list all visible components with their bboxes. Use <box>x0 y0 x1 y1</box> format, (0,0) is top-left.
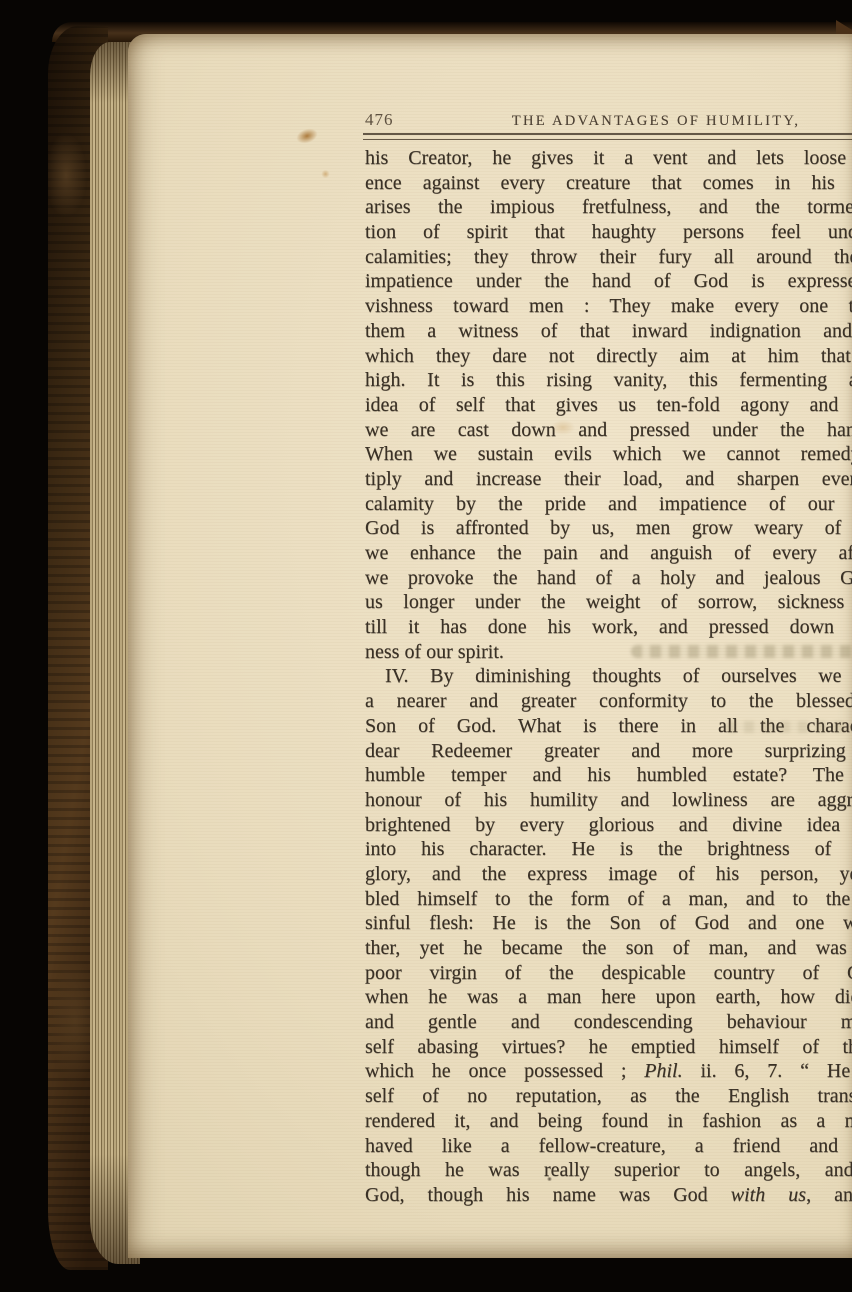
paper-stain <box>294 126 319 146</box>
page-number: 476 <box>365 110 455 130</box>
text-line: and gentle and condescending behaviour m… <box>365 1010 852 1035</box>
text-line: ence against every creature that comes i… <box>365 171 852 196</box>
text-line: rendered it, and being found in fashion … <box>365 1109 852 1134</box>
text-line: When we sustain evils which we cannot re… <box>365 442 852 467</box>
text-line: vishness toward men : They make every on… <box>365 294 852 319</box>
text-line: sinful flesh: He is the Son of God and o… <box>365 911 852 936</box>
page-header: 476 THE ADVANTAGES OF HUMILITY, [SECT. I… <box>365 110 852 130</box>
text-line: tion of spirit that haughty persons feel… <box>365 220 852 245</box>
text-line: Son of God. What is there in all the cha… <box>365 714 852 739</box>
text-line: humble temper and his humbled estate? Th… <box>365 763 852 788</box>
text-line: his Creator, he gives it a vent and lets… <box>365 146 852 171</box>
text-line: brightened by every glorious and divine … <box>365 813 852 838</box>
text-line: us longer under the weight of sorrow, si… <box>365 590 852 615</box>
text-line: till it has done his work, and pressed d… <box>365 615 852 640</box>
text-line: tiply and increase their load, and sharp… <box>365 467 852 492</box>
running-title: THE ADVANTAGES OF HUMILITY, <box>455 113 852 130</box>
text-line: poor virgin of the despicable country of… <box>365 961 852 986</box>
text-line: self of no reputation, as the English tr… <box>365 1084 852 1109</box>
text-line: when he was a man here upon earth, how d… <box>365 985 852 1010</box>
text-line: arises the impious fretfulness, and the … <box>365 195 852 220</box>
text-line: calamity by the pride and impatience of … <box>365 492 852 517</box>
text-line: into his character. He is the brightness… <box>365 837 852 862</box>
text-line: we provoke the hand of a holy and jealou… <box>365 566 852 591</box>
text-line: though he was really superior to angels,… <box>365 1158 852 1183</box>
text-line: a nearer and greater conformity to the b… <box>365 689 852 714</box>
text-line: ness of our spirit. <box>365 640 852 665</box>
header-rule <box>363 133 852 140</box>
text-line: high. It is this rising vanity, this fer… <box>365 368 852 393</box>
text-line: IV. By diminishing thoughts of ourselves… <box>365 664 852 689</box>
text-line: honour of his humility and lowliness are… <box>365 788 852 813</box>
text-line: God, though his name was God with us, an… <box>365 1183 852 1208</box>
text-line: self abasing virtues? he emptied himself… <box>365 1035 852 1060</box>
text-line: God is affronted by us, men grow weary o… <box>365 516 852 541</box>
text-line: dear Redeemer greater and more surprizin… <box>365 739 852 764</box>
text-line: impatience under the hand of God is expr… <box>365 269 852 294</box>
text-line: idea of self that gives us ten-fold agon… <box>365 393 852 418</box>
book-page: 476 THE ADVANTAGES OF HUMILITY, [SECT. I… <box>128 34 852 1258</box>
body-text: his Creator, he gives it a vent and lets… <box>365 146 852 1208</box>
text-line: we enhance the pain and anguish of every… <box>365 541 852 566</box>
text-line: haved like a fellow-creature, a friend a… <box>365 1134 852 1159</box>
text-line: which he once possessed ; Phil. ii. 6, 7… <box>365 1059 852 1084</box>
text-line: ther, yet he became the son of man, and … <box>365 936 852 961</box>
text-line: we are cast down and pressed under the h… <box>365 418 852 443</box>
text-line: them a witness of that inward indignatio… <box>365 319 852 344</box>
book-scan: 476 THE ADVANTAGES OF HUMILITY, [SECT. I… <box>0 0 852 1292</box>
text-line: glory, and the express image of his pers… <box>365 862 852 887</box>
paper-stain <box>321 170 330 178</box>
text-line: which they dare not directly aim at him … <box>365 344 852 369</box>
text-line: bled himself to the form of a man, and t… <box>365 887 852 912</box>
text-line: calamities; they throw their fury all ar… <box>365 245 852 270</box>
